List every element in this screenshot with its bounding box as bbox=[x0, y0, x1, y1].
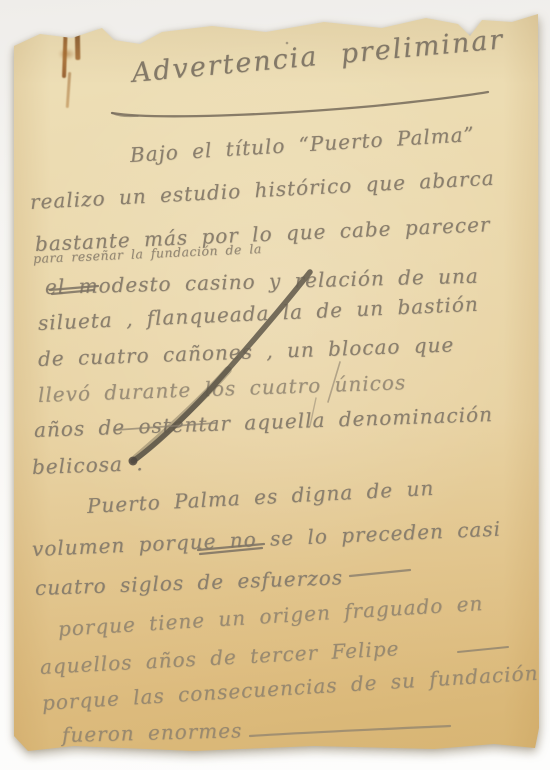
manuscript-line: Puerto Palma es digna de un bbox=[86, 476, 434, 518]
title-underline-hook bbox=[112, 113, 138, 116]
manuscript-line: volumen porque no se lo preceden casi bbox=[31, 517, 501, 561]
manuscript-line: belicosa . bbox=[32, 451, 144, 479]
manuscript-line: llevó durante los cuatro únicos bbox=[38, 370, 407, 407]
manuscript-line: Bajo el título “Puerto Palma” bbox=[129, 122, 475, 167]
rust-streak bbox=[66, 72, 72, 108]
manuscript-line: porque tiene un origen fraguado en bbox=[57, 591, 484, 641]
manuscript-line: años de ostentar aquella denominación bbox=[34, 402, 494, 442]
manuscript-line: fueron enormes bbox=[62, 718, 243, 747]
manuscript-line: de cuatro cañones , un blocao que bbox=[38, 332, 455, 371]
pencil-dash bbox=[350, 570, 410, 576]
manuscript-line: realizo un estudio histórico que abarca bbox=[29, 166, 495, 214]
pencil-dash bbox=[458, 647, 508, 652]
pencil-dash-long bbox=[250, 726, 450, 736]
paper-shadow: Advertencia preliminar Bajo el título “P… bbox=[14, 10, 540, 754]
manuscript-line: cuatro siglos de esfuerzos bbox=[35, 565, 344, 600]
manuscript-title: Advertencia preliminar bbox=[131, 24, 506, 89]
title-underline bbox=[112, 92, 488, 116]
manuscript-page: Advertencia preliminar Bajo el título “P… bbox=[14, 10, 540, 754]
rust-blotch bbox=[58, 48, 76, 60]
scanned-document-photo: Advertencia preliminar Bajo el título “P… bbox=[0, 0, 550, 770]
manuscript-line: silueta , flanqueada la de un bastión bbox=[37, 292, 479, 335]
